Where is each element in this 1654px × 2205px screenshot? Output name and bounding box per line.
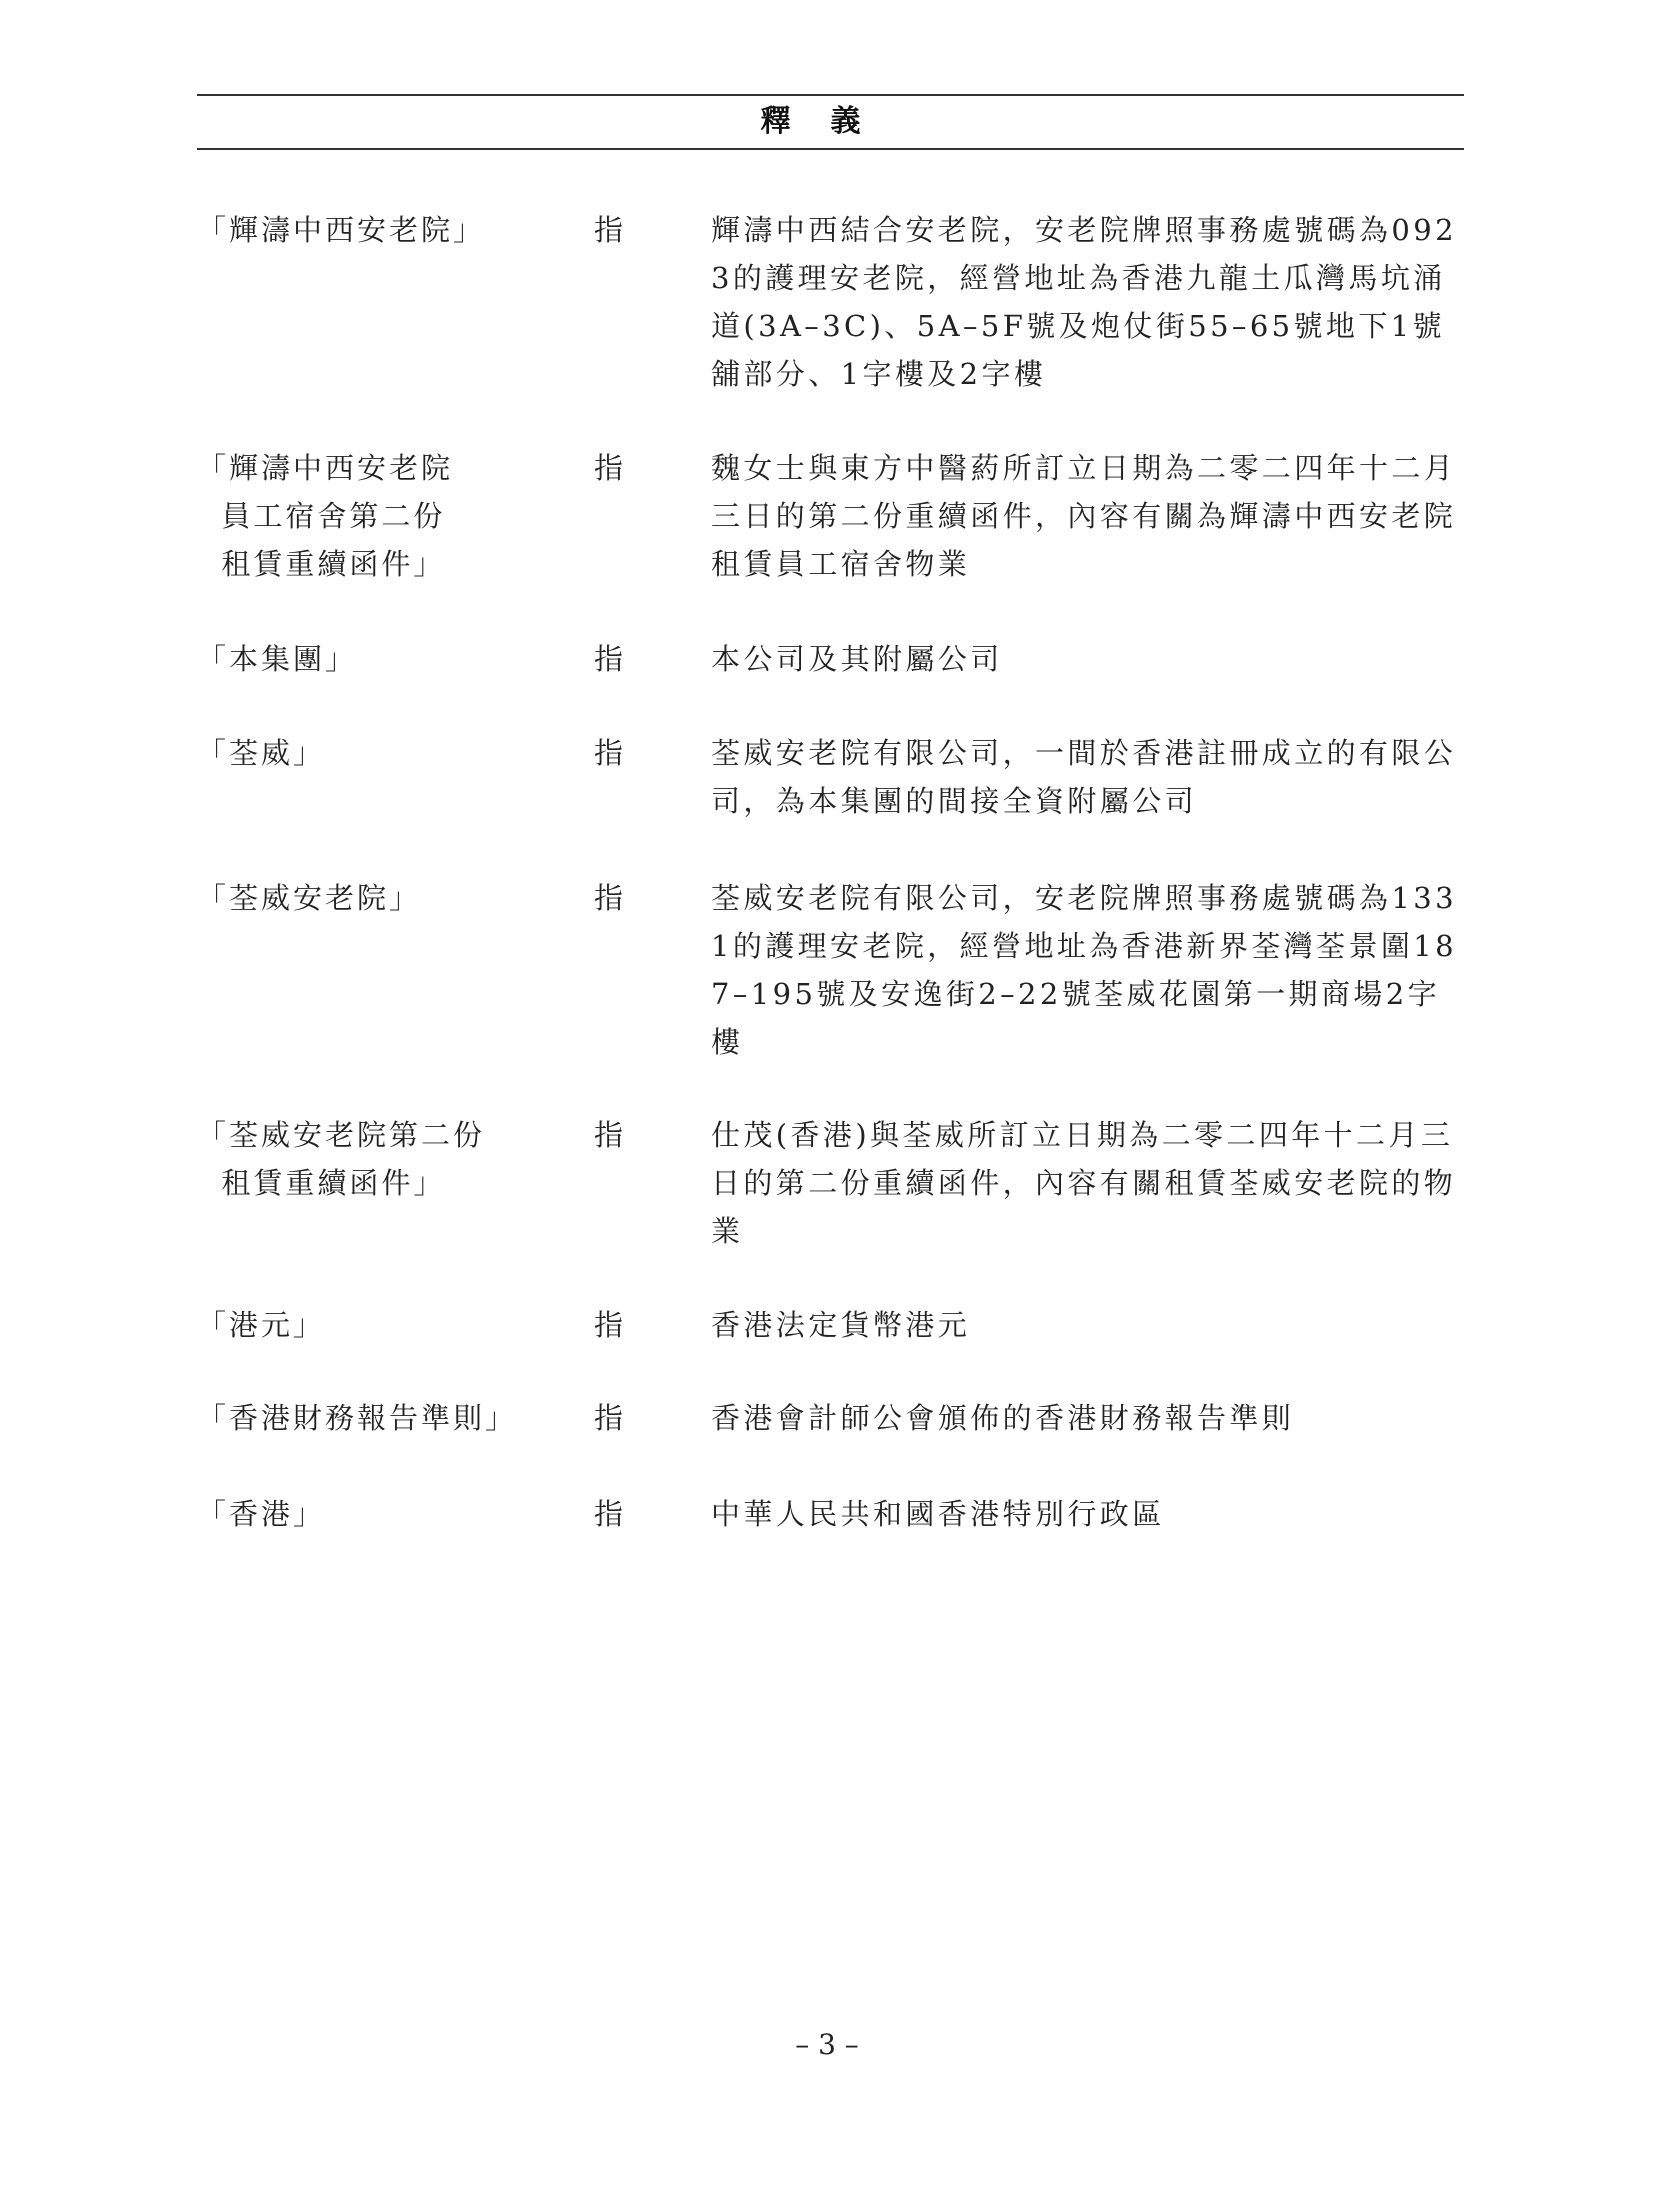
definition-text: 本公司及其附屬公司 [711, 635, 1467, 683]
definition-text: 輝濤中西結合安老院，安老院牌照事務處號碼為0923的護理安老院，經營地址為香港九… [711, 206, 1467, 398]
definition-term: 「香港財務報告準則」 [197, 1394, 577, 1442]
definition-term: 「香港」 [197, 1490, 577, 1538]
definition-text: 中華人民共和國香港特別行政區 [711, 1490, 1467, 1538]
means-label: 指 [594, 206, 623, 254]
header-bottom-rule [197, 148, 1464, 150]
definition-text: 香港法定貨幣港元 [711, 1301, 1467, 1349]
means-label: 指 [594, 1111, 623, 1159]
page-title: 釋義 [197, 100, 1464, 144]
definition-text: 魏女士與東方中醫葯所訂立日期為二零二四年十二月三日的第二份重續函件，內容有關為輝… [711, 444, 1467, 588]
definition-text: 荃威安老院有限公司，一間於香港註冊成立的有限公司，為本集團的間接全資附屬公司 [711, 729, 1467, 825]
header-top-rule [197, 94, 1464, 96]
page-number: – 3 – [0, 2028, 1654, 2061]
means-label: 指 [594, 444, 623, 492]
definition-term: 「輝濤中西安老院 員工宿舍第二份 租賃重續函件」 [197, 444, 577, 588]
definition-term: 「荃威」 [197, 729, 577, 777]
definition-term: 「荃威安老院第二份 租賃重續函件」 [197, 1111, 577, 1207]
definition-text: 香港會計師公會頒佈的香港財務報告準則 [711, 1394, 1467, 1442]
definition-term: 「港元」 [197, 1301, 577, 1349]
definition-term: 「荃威安老院」 [197, 874, 577, 922]
means-label: 指 [594, 729, 623, 777]
definition-text: 仕茂(香港)與荃威所訂立日期為二零二四年十二月三日的第二份重續函件，內容有關租賃… [711, 1111, 1467, 1255]
definition-term: 「輝濤中西安老院」 [197, 206, 577, 254]
definition-term: 「本集團」 [197, 635, 577, 683]
means-label: 指 [594, 635, 623, 683]
means-label: 指 [594, 1490, 623, 1538]
means-label: 指 [594, 1301, 623, 1349]
definition-text: 荃威安老院有限公司，安老院牌照事務處號碼為1331的護理安老院，經營地址為香港新… [711, 874, 1467, 1066]
means-label: 指 [594, 1394, 623, 1442]
means-label: 指 [594, 874, 623, 922]
